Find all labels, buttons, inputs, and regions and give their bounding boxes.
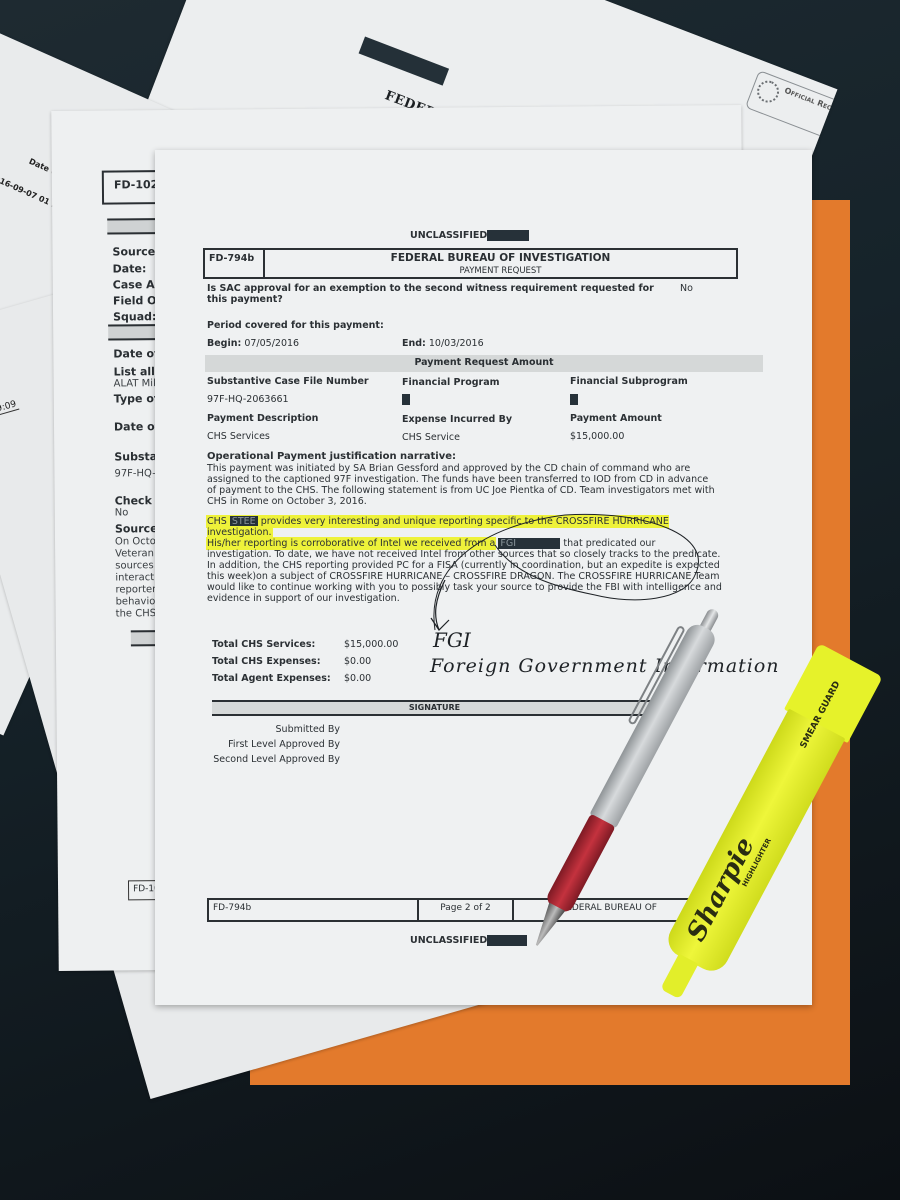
end-label: End: [402, 338, 426, 349]
payment-amount-value: $15,000.00 [570, 431, 624, 442]
fd1023-label: Check I [115, 494, 160, 507]
narrative-paragraph-1: This payment was initiated by SA Brian G… [207, 463, 717, 507]
signature-row-label: Submitted By [212, 724, 340, 735]
period-label: Period covered for this payment: [207, 320, 384, 331]
agency-title: FEDERAL BUREAU OF INVESTIGATION [265, 252, 736, 264]
fd1023-narrative-line: behavio [115, 596, 155, 607]
fd1023-narrative-line: Veteran [115, 548, 154, 559]
sac-answer: No [680, 283, 693, 294]
classification-top: UNCLASSIFIED [410, 230, 529, 241]
total-value: $0.00 [344, 673, 371, 684]
signature-row-label: Second Level Approved By [212, 754, 340, 765]
financial-subprogram-label: Financial Subprogram [570, 376, 688, 387]
form-title: PAYMENT REQUEST [265, 266, 736, 276]
redaction-block [359, 37, 449, 86]
fd1023-label: Source [115, 522, 158, 535]
fd1023-value: ALAT Mik [114, 378, 159, 389]
case-file-value: 97F-HQ-2063661 [207, 394, 289, 405]
fd1023-narrative-line: reporter [115, 584, 156, 595]
page-footer: FD-794b Page 2 of 2 FEDERAL BUREAU OF [207, 898, 707, 922]
form-code: FD-794b [205, 250, 265, 277]
fd1023-value: 97F-HQ- [114, 468, 155, 479]
redaction-block [487, 230, 529, 241]
fd1023-narrative-line: interact [115, 572, 154, 583]
signature-row-label: First Level Approved By [212, 739, 340, 750]
fd1023-label: List all [113, 365, 155, 378]
classification-bottom: UNCLASSIFIED [410, 935, 527, 946]
highlighter-tip [660, 954, 698, 1000]
form-header: FD-794b FEDERAL BUREAU OF INVESTIGATION … [203, 248, 738, 279]
payment-description-label: Payment Description [207, 413, 318, 424]
fd1023-label: Squad: [113, 310, 156, 323]
end-value: 10/03/2016 [429, 338, 484, 349]
footer-page-number: Page 2 of 2 [419, 900, 514, 920]
handwritten-foreign-government-information: Foreign Government Information [430, 655, 780, 677]
fd1023-value: No [115, 507, 129, 518]
total-label: Total CHS Expenses: [212, 656, 321, 667]
expense-incurred-value: CHS Service [402, 432, 460, 443]
footer-form-code: FD-794b [209, 900, 419, 920]
expense-incurred-label: Expense Incurred By [402, 414, 512, 425]
financial-program-label: Financial Program [402, 377, 500, 388]
payment-amount-label: Payment Amount [570, 413, 662, 424]
payment-description-value: CHS Services [207, 431, 270, 442]
narrative-title: Operational Payment justification narrat… [207, 451, 456, 462]
financial-program-redaction [402, 394, 410, 405]
redacted-source-name: STEE [230, 516, 258, 527]
total-label: Total Agent Expenses: [212, 673, 331, 684]
fd1023-narrative-line: On Octo [115, 536, 156, 547]
fd1023-label: Date of [113, 347, 159, 360]
total-value: $15,000.00 [344, 639, 398, 650]
sac-question: Is SAC approval for an exemption to the … [207, 283, 677, 305]
fd1023-narrative-line: sources [115, 560, 154, 571]
total-label: Total CHS Services: [212, 639, 315, 650]
end-date: End: 10/03/2016 [402, 338, 484, 349]
financial-subprogram-redaction [570, 394, 578, 405]
redaction-block [487, 935, 527, 946]
fd1023-label: Type of [114, 392, 159, 405]
begin-date: Begin: 07/05/2016 [207, 338, 299, 349]
fd1023-label: Date: [113, 262, 147, 275]
begin-value: 07/05/2016 [244, 338, 299, 349]
fd1023-label: Substa [114, 450, 157, 463]
handwritten-fgi: FGI [433, 628, 471, 652]
fbi-seal-icon [754, 77, 782, 105]
fd1023-narrative-line: the CHS [116, 608, 157, 619]
case-file-label: Substantive Case File Number [207, 376, 369, 387]
signature-band: SIGNATURE [212, 700, 657, 716]
begin-label: Begin: [207, 338, 241, 349]
total-value: $0.00 [344, 656, 371, 667]
payment-amount-band: Payment Request Amount [205, 355, 763, 372]
fd1023-label: Date of [114, 420, 160, 433]
date-cell: 16:09:09 [0, 399, 20, 422]
